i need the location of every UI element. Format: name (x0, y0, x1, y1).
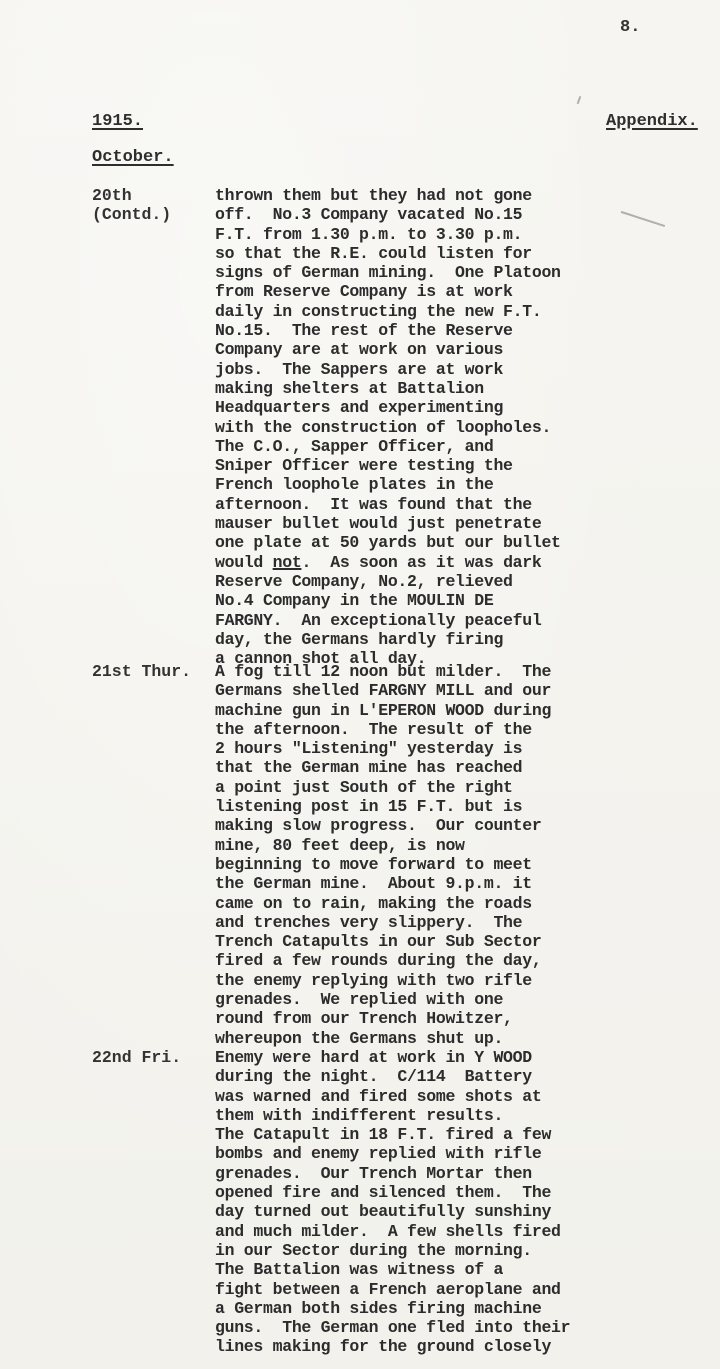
entry-date: 22nd Fri. (92, 1048, 181, 1067)
entry-line: the enemy replying with two rifle (215, 971, 551, 990)
entry-line: making shelters at Battalion (215, 379, 561, 398)
entry-date: 20th (Contd.) (92, 186, 171, 225)
entry-line: and much milder. A few shells fired (215, 1222, 570, 1241)
entry-line: The Battalion was witness of a (215, 1260, 570, 1279)
entry-line: whereupon the Germans shut up. (215, 1029, 551, 1048)
entry-line: listening post in 15 F.T. but is (215, 797, 551, 816)
entry-line: fired a few rounds during the day, (215, 951, 551, 970)
entry-line: beginning to move forward to meet (215, 855, 551, 874)
entry-line: opened fire and silenced them. The (215, 1183, 570, 1202)
entry-line: with the construction of loopholes. (215, 418, 561, 437)
entry-line: The Catapult in 18 F.T. fired a few (215, 1125, 570, 1144)
entry-line: A fog till 12 noon but milder. The (215, 662, 551, 681)
entry-line: day, the Germans hardly firing (215, 630, 561, 649)
entry-line: signs of German mining. One Platoon (215, 263, 561, 282)
entry-line: guns. The German one fled into their (215, 1318, 570, 1337)
entry-line: came on to rain, making the roads (215, 894, 551, 913)
entry-line: them with indifferent results. (215, 1106, 570, 1125)
entry-line-underlined: would not. As soon as it was dark (215, 553, 561, 572)
entry-line: a German both sides firing machine (215, 1299, 570, 1318)
entry-line: lines making for the ground closely (215, 1337, 570, 1356)
month-heading: October. (92, 148, 174, 167)
entry-line: mine, 80 feet deep, is now (215, 836, 551, 855)
entry-line: afternoon. It was found that the (215, 495, 561, 514)
entry-line: round from our Trench Howitzer, (215, 1009, 551, 1028)
entry-line: grenades. We replied with one (215, 990, 551, 1009)
entry-line: Germans shelled FARGNY MILL and our (215, 681, 551, 700)
entry-body: Enemy were hard at work in Y WOOD during… (215, 1048, 570, 1357)
pencil-mark (621, 211, 665, 227)
entry-line: jobs. The Sappers are at work (215, 360, 561, 379)
entry-line: mauser bullet would just penetrate (215, 514, 561, 533)
entry-line: The C.O., Sapper Officer, and (215, 437, 561, 456)
entry-line: during the night. C/114 Battery (215, 1067, 570, 1086)
entry-line: in our Sector during the morning. (215, 1241, 570, 1260)
entry-line: Headquarters and experimenting (215, 398, 561, 417)
entry-line: FARGNY. An exceptionally peaceful (215, 611, 561, 630)
entry-line: a point just South of the right (215, 778, 551, 797)
entry-line: Sniper Officer were testing the (215, 456, 561, 475)
entry-line: grenades. Our Trench Mortar then (215, 1164, 570, 1183)
entry-line: the German mine. About 9.p.m. it (215, 874, 551, 893)
entry-line: machine gun in L'EPERON WOOD during (215, 701, 551, 720)
entry-line: and trenches very slippery. The (215, 913, 551, 932)
entry-line: one plate at 50 yards but our bullet (215, 533, 561, 552)
entry-line: F.T. from 1.30 p.m. to 3.30 p.m. (215, 225, 561, 244)
entry-line: French loophole plates in the (215, 475, 561, 494)
entry-line: day turned out beautifully sunshiny (215, 1202, 570, 1221)
entry-line: was warned and fired some shots at (215, 1087, 570, 1106)
underlined-word: not (273, 553, 302, 572)
entry-line: No.4 Company in the MOULIN DE (215, 591, 561, 610)
entry-line: the afternoon. The result of the (215, 720, 551, 739)
entry-line: from Reserve Company is at work (215, 282, 561, 301)
entry-line: so that the R.E. could listen for (215, 244, 561, 263)
text-before: would (215, 553, 273, 572)
entry-line: that the German mine has reached (215, 758, 551, 777)
entry-line: Company are at work on various (215, 340, 561, 359)
entry-line: bombs and enemy replied with rifle (215, 1144, 570, 1163)
page-number: 8. (620, 18, 640, 37)
entry-line: daily in constructing the new F.T. (215, 302, 561, 321)
appendix-heading: Appendix. (606, 112, 698, 131)
entry-body: A fog till 12 noon but milder. The Germa… (215, 662, 551, 1048)
entry-body: thrown them but they had not gone off. N… (215, 186, 561, 668)
entry-line: No.15. The rest of the Reserve (215, 321, 561, 340)
entry-line: 2 hours "Listening" yesterday is (215, 739, 551, 758)
entry-line: Enemy were hard at work in Y WOOD (215, 1048, 570, 1067)
document-page: 8. 1915. Appendix. October. 20th (Contd.… (0, 0, 720, 1369)
text-after: . As soon as it was dark (301, 553, 541, 572)
entry-line: off. No.3 Company vacated No.15 (215, 205, 561, 224)
entry-line: thrown them but they had not gone (215, 186, 561, 205)
entry-line: Reserve Company, No.2, relieved (215, 572, 561, 591)
entry-line: Trench Catapults in our Sub Sector (215, 932, 551, 951)
entry-line: making slow progress. Our counter (215, 816, 551, 835)
pencil-mark (577, 96, 581, 104)
year-heading: 1915. (92, 112, 143, 131)
entry-line: fight between a French aeroplane and (215, 1280, 570, 1299)
entry-date: 21st Thur. (92, 662, 191, 681)
